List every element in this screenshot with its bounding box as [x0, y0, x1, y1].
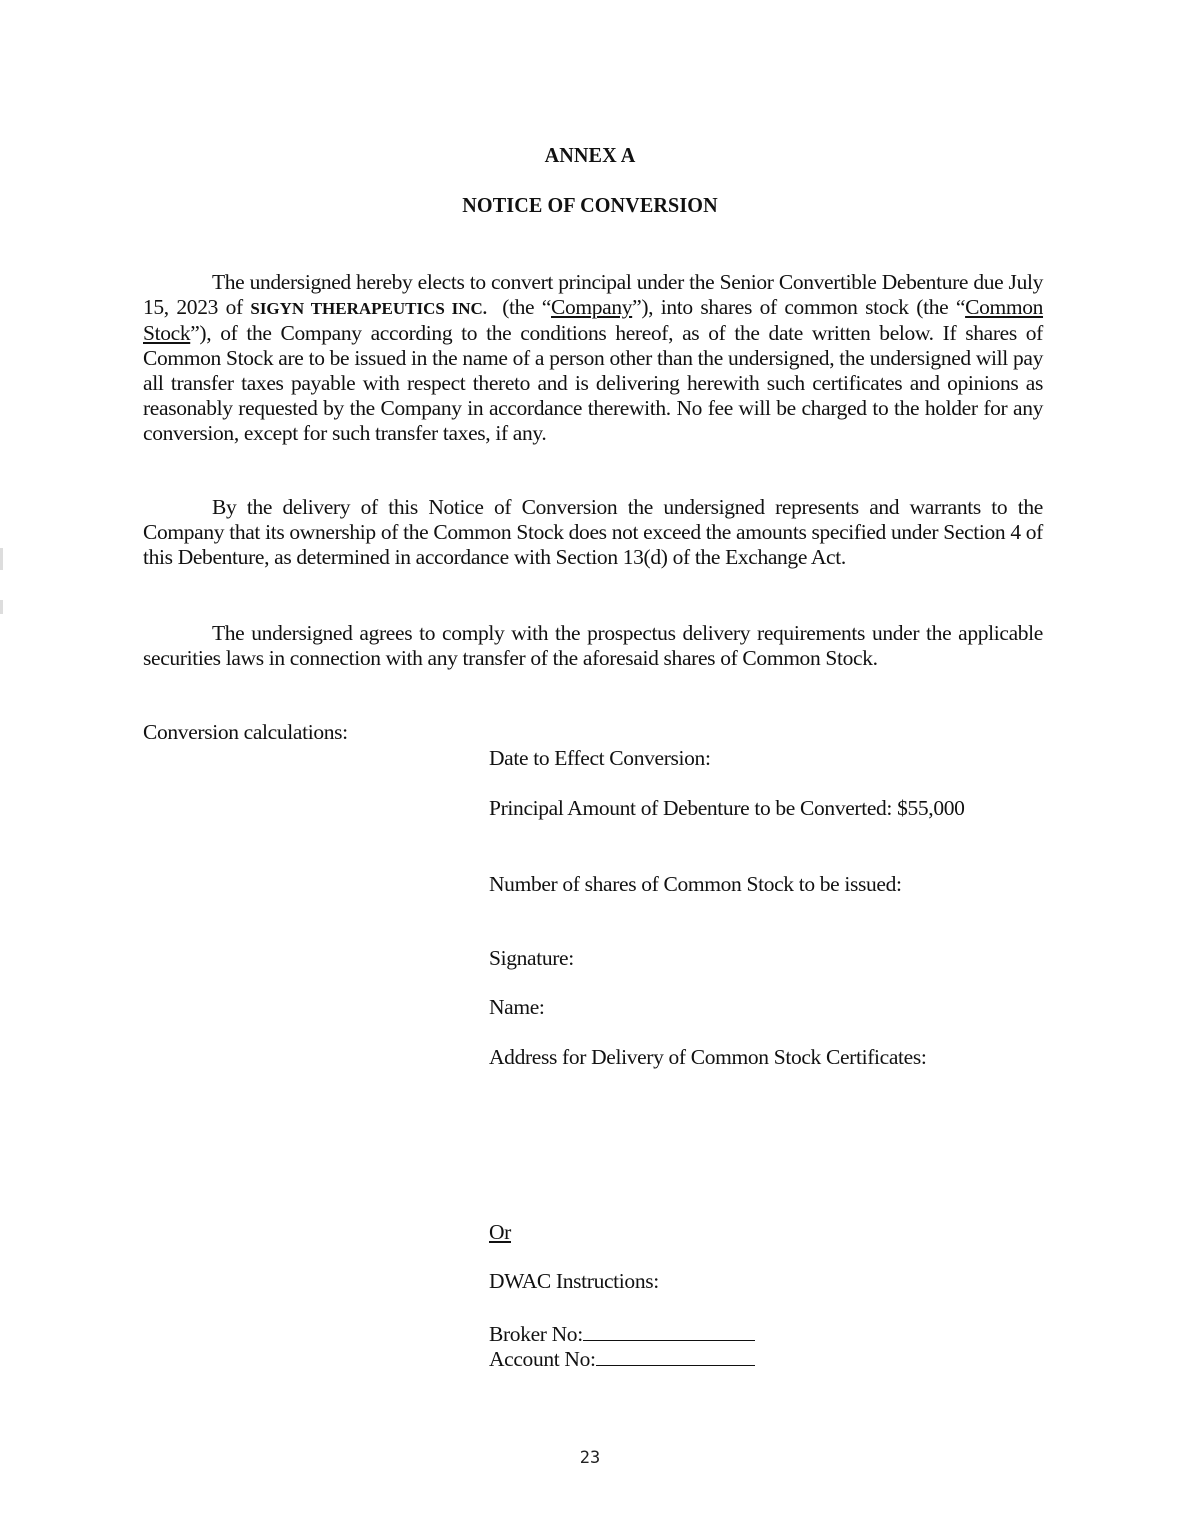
or-label: Or	[489, 1220, 511, 1245]
text-segment: (the “	[487, 295, 551, 319]
document-title: NOTICE OF CONVERSION	[24, 193, 1157, 218]
paragraph-prospectus-delivery: The undersigned agrees to comply with th…	[143, 621, 1043, 671]
delivery-address-field: Address for Delivery of Common Stock Cer…	[489, 1045, 927, 1070]
signature-field: Signature:	[489, 946, 574, 971]
defined-term-company: Company	[551, 295, 632, 319]
broker-number-field: Broker No:	[489, 1320, 755, 1347]
paragraph-representations: By the delivery of this Notice of Conver…	[143, 495, 1043, 570]
principal-amount-label: Principal Amount of Debenture to be Conv…	[489, 796, 897, 820]
principal-amount-field: Principal Amount of Debenture to be Conv…	[489, 796, 965, 821]
text-segment: ”), of the Company according to the cond…	[143, 321, 1043, 445]
name-field: Name:	[489, 995, 545, 1020]
document-page: ANNEX A NOTICE OF CONVERSION The undersi…	[0, 0, 1180, 1524]
shares-to-be-issued-field: Number of shares of Common Stock to be i…	[489, 872, 902, 897]
broker-number-blank	[583, 1320, 755, 1341]
account-number-blank	[596, 1345, 755, 1366]
broker-number-label: Broker No:	[489, 1322, 583, 1346]
page-number: 23	[0, 1448, 1180, 1468]
scan-edge-mark	[0, 548, 3, 570]
date-to-effect-conversion-field: Date to Effect Conversion:	[489, 746, 711, 771]
company-name: SIGYN THERAPEUTICS INC.	[250, 299, 487, 318]
account-number-label: Account No:	[489, 1347, 596, 1371]
conversion-calculations-label: Conversion calculations:	[143, 720, 348, 745]
text-segment: By the delivery of this Notice of Conver…	[143, 495, 1043, 569]
paragraph-conversion-election: The undersigned hereby elects to convert…	[143, 270, 1043, 446]
scan-edge-mark	[0, 600, 3, 614]
text-segment: The undersigned agrees to comply with th…	[143, 621, 1043, 670]
account-number-field: Account No:	[489, 1345, 755, 1372]
principal-amount-value: $55,000	[897, 796, 964, 820]
text-segment: ”), into shares of common stock (the “	[632, 295, 965, 319]
dwac-instructions-label: DWAC Instructions:	[489, 1269, 659, 1294]
annex-heading: ANNEX A	[24, 143, 1157, 168]
